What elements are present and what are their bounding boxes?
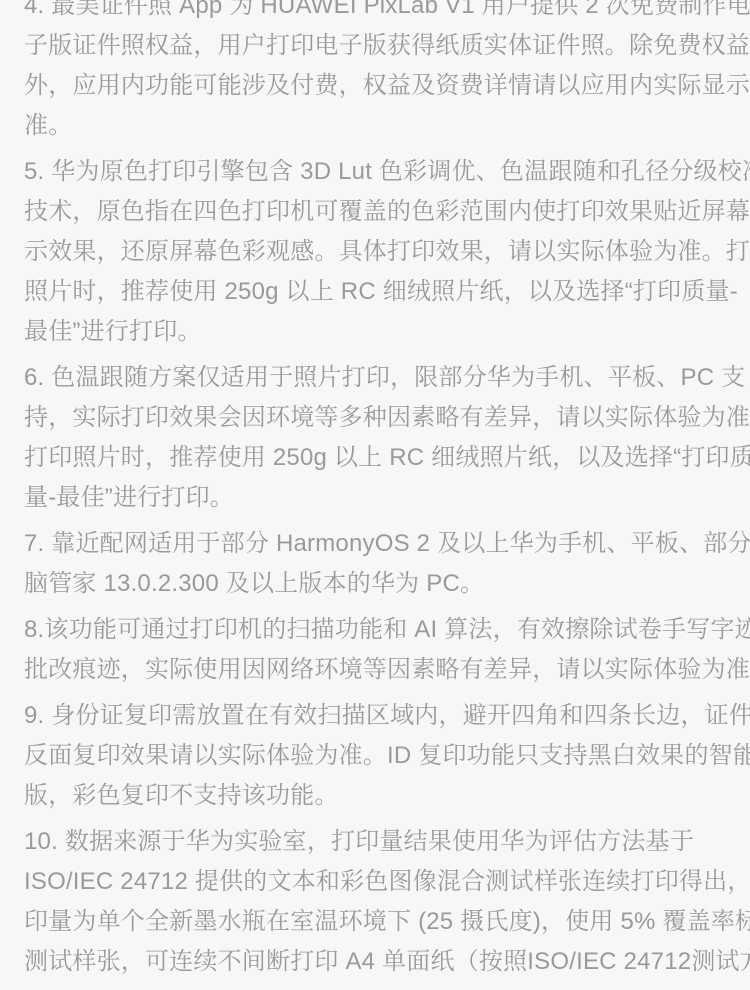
footnote-line: 9. 身份证复印需放置在有效扫描区域内，避开四角和四条长边，证件正 xyxy=(24,696,726,736)
footnote-line: 子版证件照权益，用户打印电子版获得纸质实体证件照。除免费权益 xyxy=(24,26,726,66)
footnote-line: 持，实际打印效果会因环境等多种因素略有差异，请以实际体验为准。 xyxy=(24,398,726,438)
footnote-line: 技术，原色指在四色打印机可覆盖的色彩范围内使打印效果贴近屏幕显 xyxy=(24,192,726,232)
footnote-line: 量-最佳”进行打印。 xyxy=(24,478,726,518)
footnote-paragraph-10: 10. 数据来源于华为实验室，打印量结果使用华为评估方法基于ISO/IEC 24… xyxy=(24,822,726,982)
footnote-paragraph-9: 9. 身份证复印需放置在有效扫描区域内，避开四角和四条长边，证件正反面复印效果请… xyxy=(24,696,726,816)
footnote-line: 示效果，还原屏幕色彩观感。具体打印效果，请以实际体验为准。打印 xyxy=(24,232,726,272)
footnote-line: 7. 靠近配网适用于部分 HarmonyOS 2 及以上华为手机、平板、部分电 xyxy=(24,524,726,564)
footnote-line: 批改痕迹，实际使用因网络环境等因素略有差异，请以实际体验为准。 xyxy=(24,650,726,690)
footnote-line: 最佳”进行打印。 xyxy=(24,312,726,352)
footnote-line: 照片时，推荐使用 250g 以上 RC 细绒照片纸，以及选择“打印质量- xyxy=(24,272,726,312)
footnote-line: 6. 色温跟随方案仅适用于照片打印，限部分华为手机、平板、PC 支 xyxy=(24,358,726,398)
footnotes-list: 4. 最美证件照 App 为 HUAWEI PixLab V1 用户提供 2 次… xyxy=(24,0,726,988)
footnote-paragraph-5: 5. 华为原色打印引擎包含 3D Lut 色彩调优、色温跟随和孔径分级校准技术，… xyxy=(24,152,726,352)
footnote-line: 印量为单个全新墨水瓶在室温环境下 (25 摄氏度)，使用 5% 覆盖率标准 xyxy=(24,902,726,942)
footnote-line: 测试样张，可连续不间断打印 A4 单面纸（按照ISO/IEC 24712测试方 xyxy=(24,942,726,982)
footnote-line: 版，彩色复印不支持该功能。 xyxy=(24,776,726,816)
footnote-line: 外，应用内功能可能涉及付费，权益及资费详情请以应用内实际显示为 xyxy=(24,66,726,106)
footnote-line: 反面复印效果请以实际体验为准。ID 复印功能只支持黑白效果的智能排 xyxy=(24,736,726,776)
footnote-line: 脑管家 13.0.2.300 及以上版本的华为 PC。 xyxy=(24,564,726,604)
footnote-line: 准。 xyxy=(24,106,726,146)
footnote-paragraph-7: 7. 靠近配网适用于部分 HarmonyOS 2 及以上华为手机、平板、部分电脑… xyxy=(24,524,726,604)
footnote-line: ISO/IEC 24712 提供的文本和彩色图像混合测试样张连续打印得出，打 xyxy=(24,862,726,902)
footnote-line: 4. 最美证件照 App 为 HUAWEI PixLab V1 用户提供 2 次… xyxy=(24,0,726,26)
footnote-line: 打印照片时，推荐使用 250g 以上 RC 细绒照片纸，以及选择“打印质 xyxy=(24,438,726,478)
footnote-line: 5. 华为原色打印引擎包含 3D Lut 色彩调优、色温跟随和孔径分级校准 xyxy=(24,152,726,192)
footnote-paragraph-4: 4. 最美证件照 App 为 HUAWEI PixLab V1 用户提供 2 次… xyxy=(24,0,726,146)
footnote-line: 8.该功能可通过打印机的扫描功能和 AI 算法，有效擦除试卷手写字迹和 xyxy=(24,610,726,650)
footnote-paragraph-6: 6. 色温跟随方案仅适用于照片打印，限部分华为手机、平板、PC 支持，实际打印效… xyxy=(24,358,726,518)
footnote-line: 10. 数据来源于华为实验室，打印量结果使用华为评估方法基于 xyxy=(24,822,726,862)
footnote-paragraph-8: 8.该功能可通过打印机的扫描功能和 AI 算法，有效擦除试卷手写字迹和批改痕迹，… xyxy=(24,610,726,690)
disclaimer-page: 4. 最美证件照 App 为 HUAWEI PixLab V1 用户提供 2 次… xyxy=(0,0,750,990)
